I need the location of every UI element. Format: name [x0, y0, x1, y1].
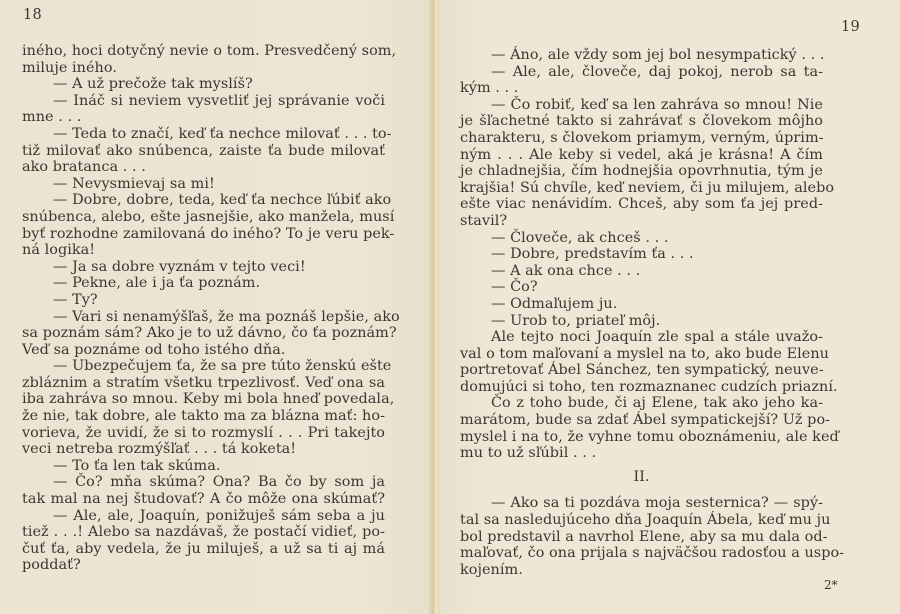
- text-line: poddať?: [22, 557, 385, 574]
- text-line: bol predstavil a navrhol Elene, aby sa m…: [460, 529, 823, 546]
- text-line: — Čo?: [460, 279, 823, 296]
- text-line: — Čo robiť, keď sa len zahráva so mnou! …: [460, 97, 823, 114]
- text-line: — To ťa len tak skúma.: [22, 458, 385, 475]
- text-line: krajšia! Sú chvíle, keď neviem, či ju mi…: [460, 180, 823, 197]
- text-line: veci netreba rozmýšľať . . . tá koketa!: [22, 441, 385, 458]
- text-line: že nie, tak dobre, ale takto ma za blázn…: [22, 408, 385, 425]
- right-page: 19 — Áno, ale vždy som jej bol nesympati…: [440, 0, 900, 614]
- text-line: — Urob to, priateľ môj.: [460, 313, 823, 330]
- text-line: mne . . .: [22, 109, 385, 126]
- text-line: mu to už sľúbil . . .: [460, 445, 823, 462]
- text-line: myslel i na to, že vyhne tomu oboznámeni…: [460, 429, 823, 446]
- text-line: — Ja sa dobre vyznám v tejto veci!: [22, 259, 385, 276]
- text-line: Ale tejto noci Joaquín zle spal a stále …: [460, 329, 823, 346]
- text-line: iného, hoci dotyčný nevie o tom. Presved…: [22, 43, 385, 60]
- text-line: tiž milovať ako snúbenca, zaiste ťa bude…: [22, 143, 385, 160]
- text-line: — Teda to značí, keď ťa nechce milovať .…: [22, 126, 385, 143]
- text-line: sa poznám sám? Ako je to už dávno, čo ťa…: [22, 325, 385, 342]
- text-line: — Dobre, dobre, teda, keď ťa nechce ľúbi…: [22, 192, 385, 209]
- text-line: čuť ťa, aby vedela, že ju miluješ, a už …: [22, 541, 385, 558]
- text-line: — A už prečože tak myslíš?: [22, 76, 385, 93]
- text-line: — Ináč si neviem vysvetliť jej správanie…: [22, 93, 385, 110]
- text-line: ešte viac nenávidím. Chceš, aby som ťa j…: [460, 196, 823, 213]
- text-line: snúbenca, alebo, ešte jasnejšie, ako man…: [22, 209, 385, 226]
- text-line: charakteru, s človekom priamym, verným, …: [460, 130, 823, 147]
- text-line: ným . . . Ale keby si vedel, aká je krás…: [460, 147, 823, 164]
- text-line: — Čo? mňa skúma? Ona? Ba čo by som ja: [22, 474, 385, 491]
- text-line: — Ty?: [22, 292, 385, 309]
- text-line: — Vari si nenamýšľaš, že ma poznáš lepši…: [22, 309, 385, 326]
- text-line: maľovať, čo ona prijala s najväčšou rado…: [460, 545, 823, 562]
- right-page-text-before-heading: — Áno, ale vždy som jej bol nesympatický…: [460, 47, 823, 462]
- text-line: — Človeče, ak chceš . . .: [460, 230, 823, 247]
- text-line: vorieva, že uvidí, že si to rozmyslí . .…: [22, 425, 385, 442]
- text-line: — Nevysmievaj sa mi!: [22, 176, 385, 193]
- text-line: Veď sa poznáme od toho istého dňa.: [22, 342, 385, 359]
- text-line: — Dobre, predstavím ťa . . .: [460, 246, 823, 263]
- text-line: — Pekne, ale i ja ťa poznám.: [22, 275, 385, 292]
- text-line: — Áno, ale vždy som jej bol nesympatický…: [460, 47, 823, 64]
- right-page-text: — Áno, ale vždy som jej bol nesympatický…: [460, 47, 823, 578]
- text-line: zbláznim a stratím všetku trpezlivosť. V…: [22, 375, 385, 392]
- text-line: val o tom maľovaní a myslel na to, ako b…: [460, 346, 823, 363]
- text-line: miluje iného.: [22, 60, 385, 77]
- text-line: je chladnejšia, čím hodnejšia opovrhnuti…: [460, 163, 823, 180]
- page-number-left: 18: [23, 7, 42, 23]
- text-line: tak mal na nej študovať? A čo môže ona s…: [22, 491, 385, 508]
- text-line: tiež . . .! Alebo sa nazdávaš, že postač…: [22, 524, 385, 541]
- signature-mark: 2*: [824, 578, 838, 592]
- right-page-text-after-heading: — Ako sa ti pozdáva moja sesternica? — s…: [460, 495, 823, 578]
- text-line: ako bratanca . . .: [22, 159, 385, 176]
- text-line: Čo z toho bude, či aj Elene, tak ako jeh…: [460, 395, 823, 412]
- page-number-right: 19: [841, 19, 860, 35]
- text-line: — Ako sa ti pozdáva moja sesternica? — s…: [460, 495, 823, 512]
- text-line: portretovať Ábel Sánchez, ten sympatický…: [460, 362, 823, 379]
- text-line: tal sa nasledujúceho dňa Joaquín Ábela, …: [460, 512, 823, 529]
- text-line: — Ale, ale, človeče, daj pokoj, nerob sa…: [460, 64, 823, 81]
- text-line: kým . . .: [460, 80, 823, 97]
- text-line: kojením.: [460, 562, 823, 579]
- text-line: domujúci si toho, ten rozmaznanec cudzíc…: [460, 379, 823, 396]
- left-page: 18 iného, hoci dotyčný nevie o tom. Pres…: [0, 0, 432, 614]
- text-line: — A ak ona chce . . .: [460, 263, 823, 280]
- text-line: byť rozhodne zamilovaná do iného? To je …: [22, 226, 385, 243]
- text-line: — Ubezpečujem ťa, že sa pre túto ženskú …: [22, 358, 385, 375]
- text-line: — Odmaľujem ju.: [460, 296, 823, 313]
- text-line: stavil?: [460, 213, 823, 230]
- left-page-text: iného, hoci dotyčný nevie o tom. Presved…: [22, 43, 385, 574]
- text-line: je šľachetné takto si zahrávať s človeko…: [460, 113, 823, 130]
- text-line: — Ale, ale, Joaquín, ponižuješ sám seba …: [22, 508, 385, 525]
- chapter-heading: II.: [460, 469, 823, 486]
- text-line: ná logika!: [22, 242, 385, 259]
- text-line: marátom, bude sa zdať Ábel sympatickejší…: [460, 412, 823, 429]
- text-line: iba zahráva so mnou. Keby mi bola hneď p…: [22, 391, 385, 408]
